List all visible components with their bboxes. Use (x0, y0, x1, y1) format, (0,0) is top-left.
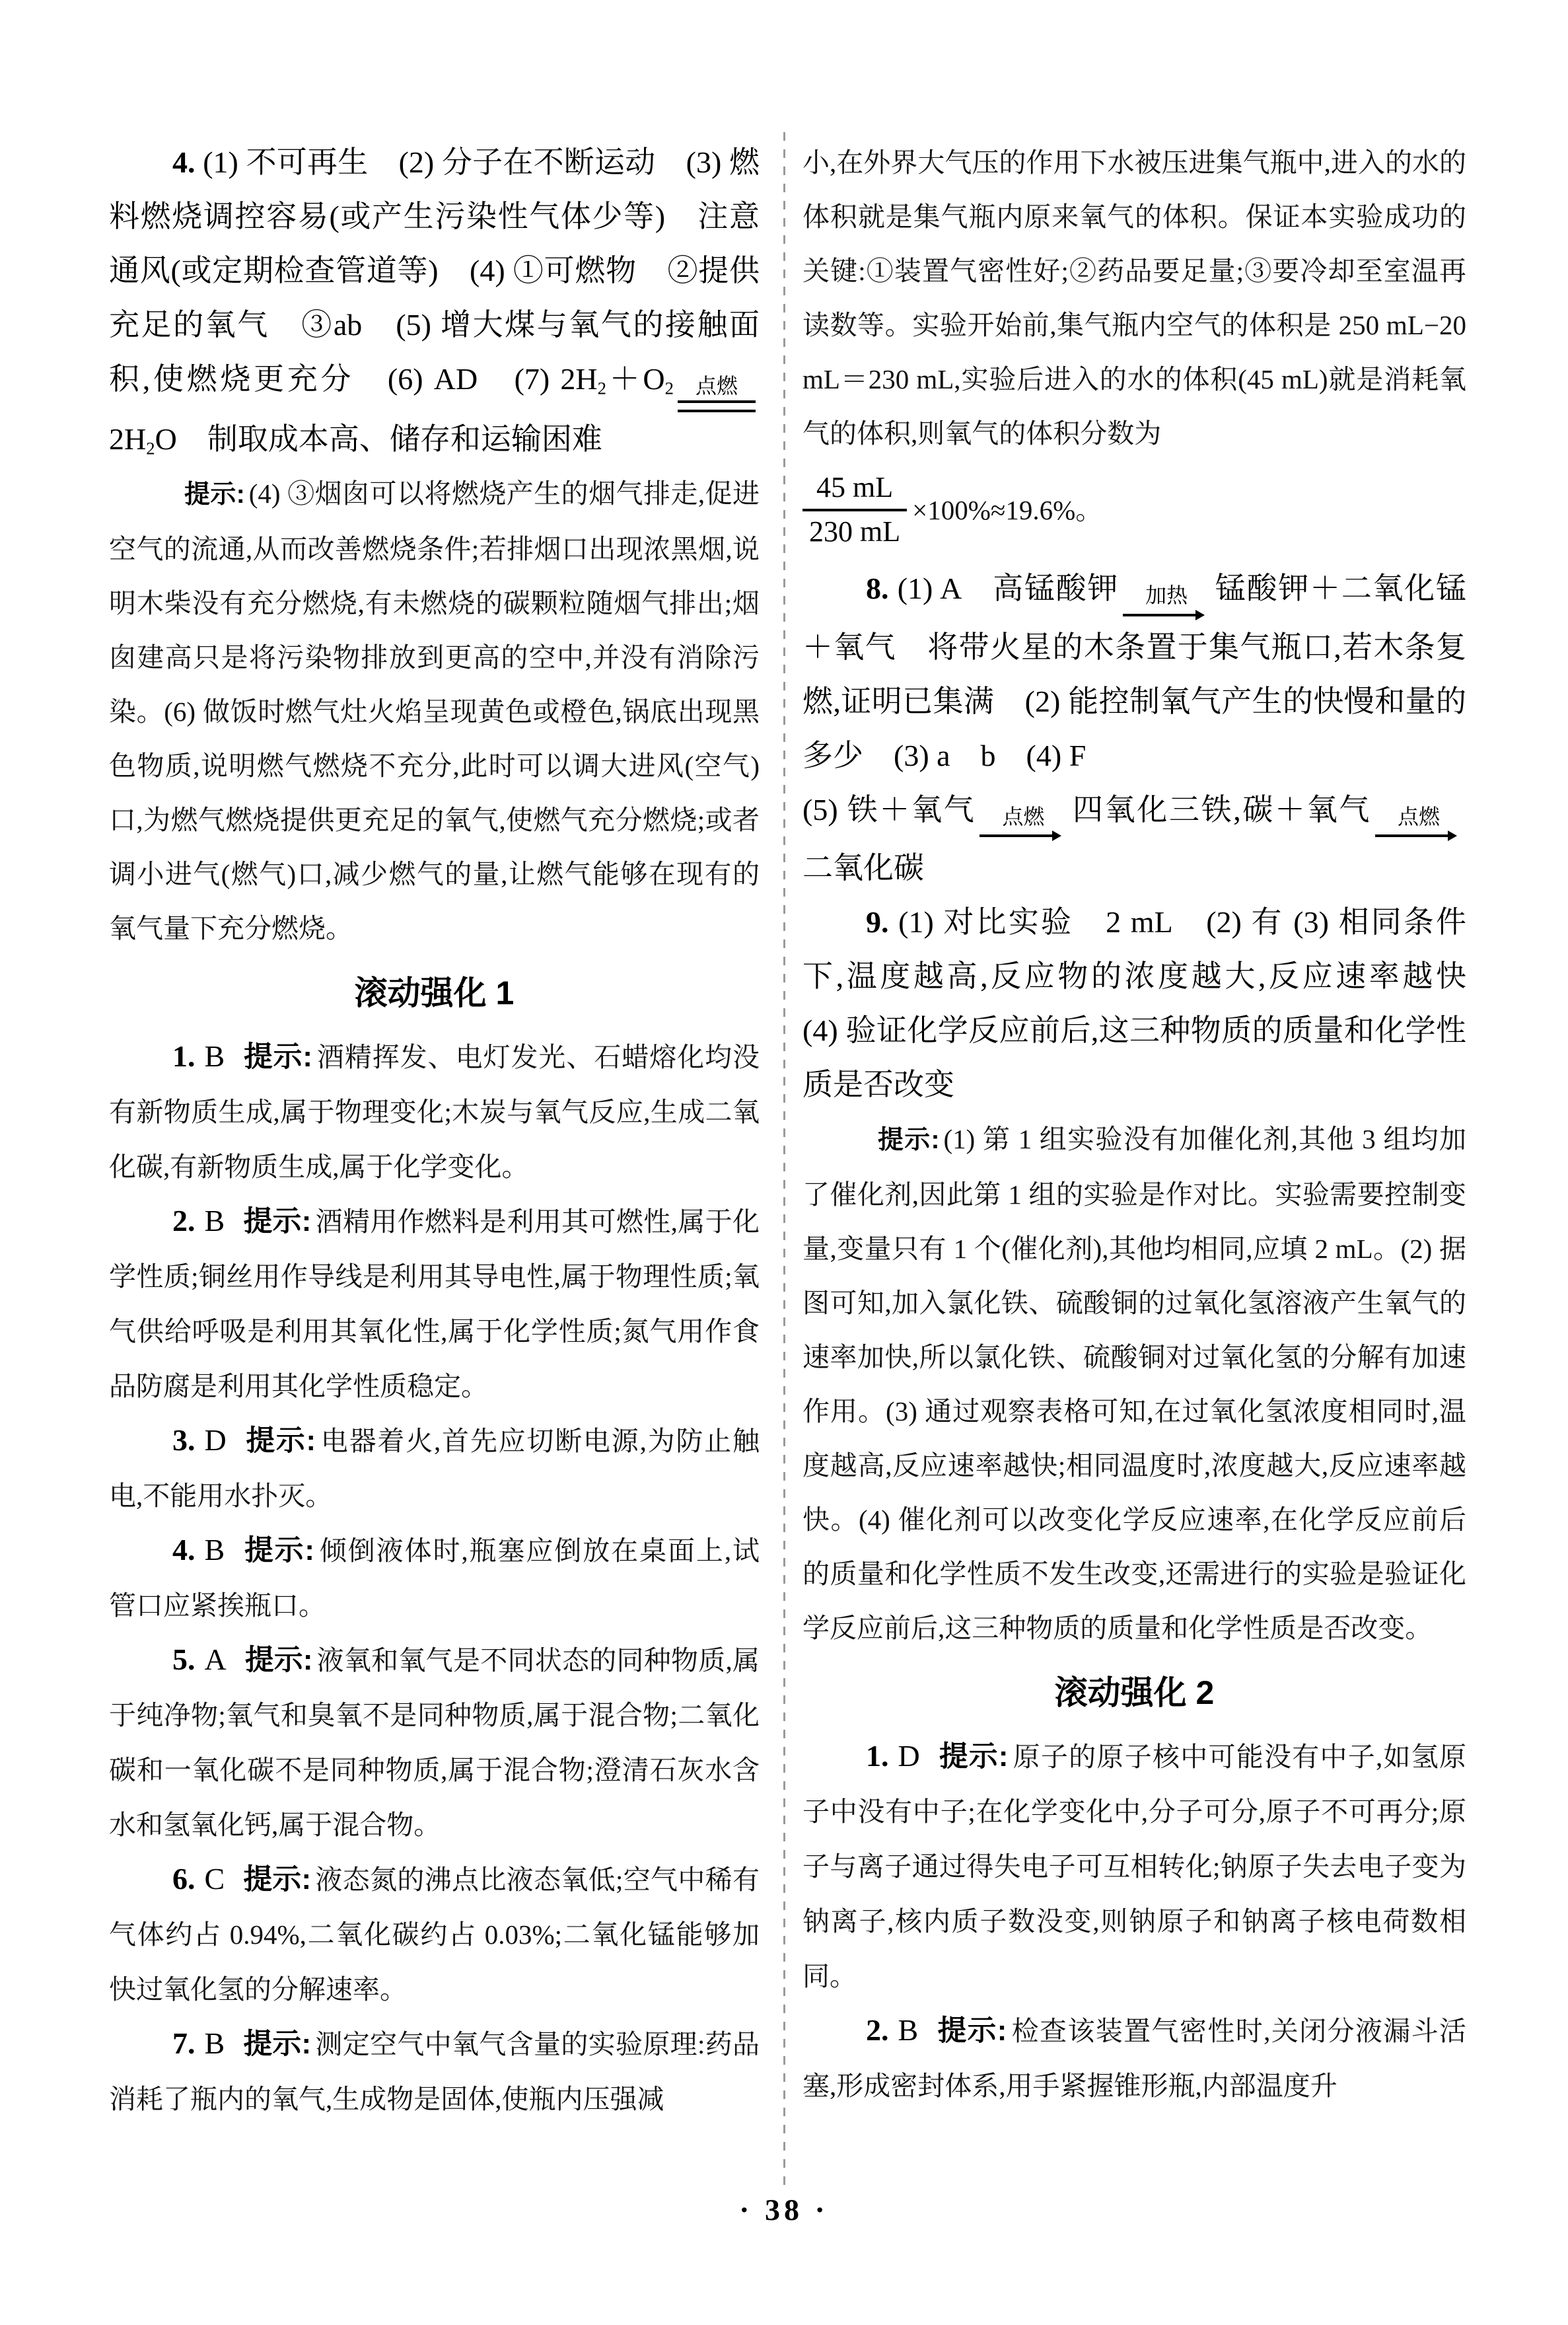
hint-label: 提示: (939, 1740, 1009, 1773)
section-header-2: 滚动强化 2 (802, 1666, 1466, 1720)
answer-letter: B (205, 1204, 225, 1237)
answer-text-tail: 制取成本高、储存和运输困难 (177, 422, 602, 456)
fraction-suffix: ×100%≈19.6%。 (912, 483, 1102, 537)
double-line-icon (678, 400, 756, 412)
formula-lhs: 2H (560, 362, 597, 396)
hint-label: 提示: (245, 1424, 316, 1457)
page-number: · 38 · (0, 2192, 1568, 2227)
list-item-2: 2.B提示:酒精用作燃料是利用其可燃性,属于化学性质;铜丝用作导线是利用其导电性… (109, 1194, 760, 1413)
answer-text: (1) 对比实验 2 mL (2) 有 (3) 相同条件下,温度越高,反应物的浓… (802, 905, 1497, 1101)
formula-rhs2: O (155, 422, 177, 456)
answer-letter: D (205, 1423, 227, 1457)
answer-letter: B (205, 1039, 225, 1073)
list-item-1: 1.D提示:原子的原子核中可能没有中子,如氢原子中没有中子;在化学变化中,分子可… (802, 1729, 1466, 2003)
answer-text: (5) 铁＋氧气 (802, 793, 976, 827)
item-number: 2. (172, 1204, 196, 1237)
hint-label: 提示: (184, 480, 245, 509)
arrow-icon (980, 830, 1067, 841)
hint-text: (1) 第 1 组实验没有加催化剂,其他 3 组均加了催化剂,因此第 1 组的实… (802, 1124, 1466, 1643)
hint-label: 提示: (243, 1863, 311, 1896)
item-number: 6. (172, 1862, 196, 1896)
reaction-equals: 点燃 (678, 375, 756, 412)
hint-label: 提示: (245, 1644, 313, 1676)
hint-text: (4) ③烟囱可以将燃烧产生的烟气排走,促进空气的流通,从而改善燃烧条件;若排烟… (109, 478, 760, 943)
hint-label: 提示: (243, 1041, 312, 1073)
fraction: 45 mL230 mL (802, 470, 907, 550)
reaction-condition: 加热 (1123, 585, 1210, 610)
fraction-numerator: 45 mL (802, 470, 907, 511)
list-item-4: 4.B提示:倾倒液体时,瓶塞应倒放在桌面上,试管口应紧挨瓶口。 (109, 1523, 760, 1633)
right-column: 小,在外界大气压的作用下水被压进集气瓶中,进入的水的体积就是集气瓶内原来氧气的体… (802, 135, 1466, 2113)
reaction-condition: 点燃 (678, 375, 756, 400)
answer-letter: C (205, 1862, 225, 1896)
reaction-arrow-heat: 加热 (1123, 585, 1210, 620)
formula-rhs: 2H (109, 422, 146, 456)
reaction-arrow-ignite: 点燃 (980, 806, 1067, 842)
answer-item-9: 9. (1) 对比实验 2 mL (2) 有 (3) 相同条件下,温度越高,反应… (802, 895, 1466, 1112)
list-item-7: 7.B提示:测定空气中氧气含量的实验原理:药品消耗了瓶内的氧气,生成物是固体,使… (109, 2016, 760, 2126)
answer-letter: D (898, 1739, 920, 1773)
formula-lhs2: ＋O (606, 362, 665, 396)
list-item-2: 2.B提示:检查该装置气密性时,关闭分液漏斗活塞,形成密封体系,用手紧握锥形瓶,… (802, 2003, 1466, 2113)
reaction-arrow-ignite: 点燃 (1375, 806, 1462, 842)
arrow-icon (1123, 610, 1210, 620)
reaction-condition: 点燃 (1375, 806, 1462, 831)
hint-continuation: 小,在外界大气压的作用下水被压进集气瓶中,进入的水的体积就是集气瓶内原来氧气的体… (802, 135, 1466, 461)
answer-text: 二氧化碳 (802, 851, 924, 885)
answer-item-4: 4. (1) 不可再生 (2) 分子在不断运动 (3) 燃料燃烧调控容易(或产生… (109, 135, 760, 466)
fraction-denominator: 230 mL (802, 511, 907, 550)
answer-item-8-part5: (5) 铁＋氧气点燃四氧化三铁,碳＋氧气点燃二氧化碳 (802, 783, 1466, 896)
answer-book-page: 4. (1) 不可再生 (2) 分子在不断运动 (3) 燃料燃烧调控容易(或产生… (0, 0, 1568, 2325)
list-item-6: 6.C提示:液态氮的沸点比液态氧低;空气中稀有气体约占 0.94%,二氧化碳约占… (109, 1852, 760, 2016)
answer-letter: B (205, 1533, 225, 1567)
column-divider (783, 132, 785, 2190)
section-header-1: 滚动强化 1 (109, 966, 760, 1020)
item-number: 2. (866, 2013, 889, 2047)
hint-label: 提示: (878, 1126, 939, 1154)
item-number: 3. (172, 1423, 196, 1457)
item-number: 7. (172, 2026, 196, 2060)
subscript: 2 (665, 378, 674, 398)
answer-letter: B (205, 2026, 225, 2060)
reaction-condition: 点燃 (980, 806, 1067, 831)
fraction-expression: 45 mL230 mL×100%≈19.6%。 (802, 470, 1466, 550)
list-item-5: 5.A提示:液氧和氧气是不同状态的同种物质,属于纯净物;氧气和臭氧不是同种物质,… (109, 1633, 760, 1852)
item-number: 9. (866, 905, 889, 939)
answer-text: (1) A 高锰酸钾 (898, 572, 1119, 605)
hint-label: 提示: (937, 2014, 1007, 2047)
answer-letter: B (898, 2013, 919, 2047)
hint-label: 提示: (243, 2028, 311, 2060)
subscript: 2 (146, 438, 155, 458)
hint-label: 提示: (243, 1205, 311, 1237)
item-number: 5. (172, 1642, 196, 1676)
list-item-3: 3.D提示:电器着火,首先应切断电源,为防止触电,不能用水扑灭。 (109, 1413, 760, 1523)
list-item-1: 1.B提示:酒精挥发、电灯发光、石蜡熔化均没有新物质生成,属于物理变化;木炭与氧… (109, 1029, 760, 1194)
hint-label: 提示: (243, 1534, 314, 1567)
answer-text: 四氧化三铁,碳＋氧气 (1071, 793, 1371, 827)
item-number: 1. (172, 1039, 196, 1073)
item-number: 8. (866, 572, 889, 605)
answer-item-8: 8. (1) A 高锰酸钾加热锰酸钾＋二氧化锰＋氧气 将带火星的木条置于集气瓶口… (802, 562, 1466, 783)
answer-text: (1) 不可再生 (2) 分子在不断运动 (3) 燃料燃烧调控容易(或产生污染性… (109, 145, 760, 396)
arrow-icon (1375, 830, 1462, 841)
item-number: 1. (866, 1739, 889, 1773)
item-number: 4. (172, 145, 196, 179)
answer-letter: A (205, 1642, 227, 1676)
hint-paragraph-4: 提示:(4) ③烟囱可以将燃烧产生的烟气排走,促进空气的流通,从而改善燃烧条件;… (109, 466, 760, 955)
item-number: 4. (172, 1533, 196, 1567)
hint-text: 原子的原子核中可能没有中子,如氢原子中没有中子;在化学变化中,分子可分,原子不可… (802, 1742, 1466, 1991)
subscript: 2 (598, 378, 606, 398)
left-column: 4. (1) 不可再生 (2) 分子在不断运动 (3) 燃料燃烧调控容易(或产生… (109, 135, 760, 2126)
hint-paragraph-9: 提示:(1) 第 1 组实验没有加催化剂,其他 3 组均加了催化剂,因此第 1 … (802, 1112, 1466, 1655)
